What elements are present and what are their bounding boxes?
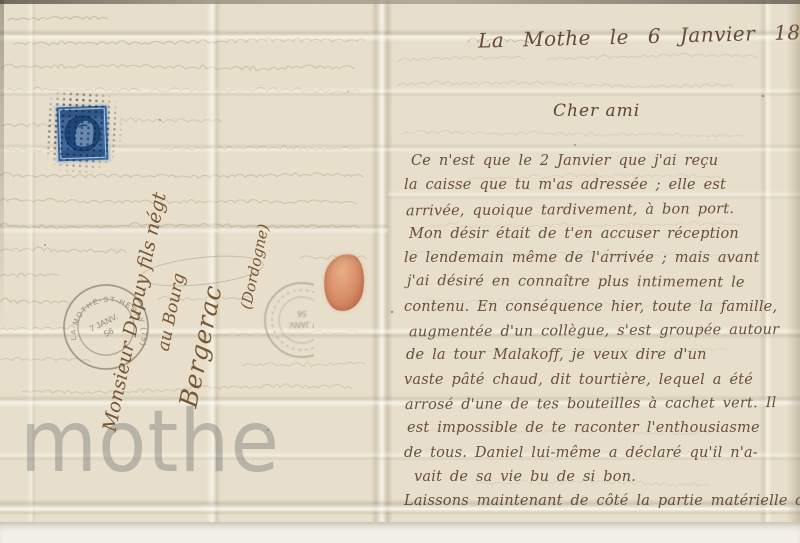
letter-line: j'ai désiré en connaître plus intimement… [407,269,800,295]
letter-line: Laissons maintenant de côté la partie ma… [404,489,800,513]
letter-line: contenu. En conséquence hier, toute la f… [404,295,800,319]
scanned-letter: mothe LA MOTHE-ST-HERAY (75) 7 JANV. 56 [0,0,800,543]
letter-salutation: Cher ami [553,101,640,121]
letter-line: arrivée, quoique tardivement, à bon port… [406,196,800,223]
letter-body: Ce n'est que le 2 Janvier que j'ai reçu … [404,149,800,513]
letter-line: le lendemain même de l'arrivée ; mais av… [404,246,800,270]
letter-line: arrosé d'une de tes bouteilles à cachet … [405,391,800,417]
scan-edge [0,0,800,4]
letter-line: de tous. Daniel lui-même a déclaré qu'il… [404,441,800,465]
paper-edge-shadow [787,0,800,522]
scanner-background [0,522,800,543]
letter-line: Ce n'est que le 2 Janvier que j'ai reçu [411,149,800,173]
postmark-date-top: 7 JANV. [288,320,314,330]
letter-line: augmentée d'un collègue, s'est groupée a… [409,318,800,345]
scan-edge [0,0,4,330]
letter-line: Mon désir était de t'en accuser réceptio… [409,222,800,246]
postmark-date-bottom: 56 [297,309,307,318]
letter-line: de la tour Malakoff, je veux dire d'un [406,343,800,367]
lozenge-dot-cancellation [44,90,124,176]
letter-line: la caisse que tu m'as adressée ; elle es… [404,173,800,197]
letter-line: vaste pâté chaud, dit tourtière, lequel … [404,368,800,392]
letter-line: vait de sa vie bu de si bon. [414,465,800,489]
letter-line: est impossible de te raconter l'enthousi… [407,416,800,440]
